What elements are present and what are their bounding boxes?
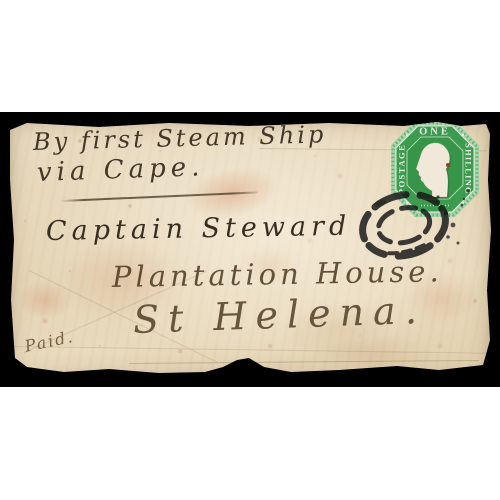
addressee-line: Captain Steward	[46, 211, 352, 247]
envelope: By first Steam Ship via Cape. Captain St…	[9, 120, 491, 379]
crease-line	[9, 346, 489, 354]
cape-underline	[60, 191, 258, 202]
routing-note-line1: By first Steam Ship	[33, 120, 327, 156]
routing-note-line2: via Cape.	[36, 152, 204, 188]
foxing-specks	[9, 120, 11, 122]
paid-annotation: Paid.	[23, 327, 76, 356]
stain-mark	[309, 335, 439, 375]
stamp-stain-dot	[446, 163, 450, 167]
stain-mark	[17, 280, 72, 320]
stamp-top-label: ONE	[419, 127, 451, 138]
address-island-line: St Helena.	[132, 288, 426, 342]
photo-frame: By first Steam Ship via Cape. Captain St…	[0, 112, 500, 387]
postal-cancel-mark	[350, 183, 474, 263]
crease-line	[129, 360, 479, 364]
